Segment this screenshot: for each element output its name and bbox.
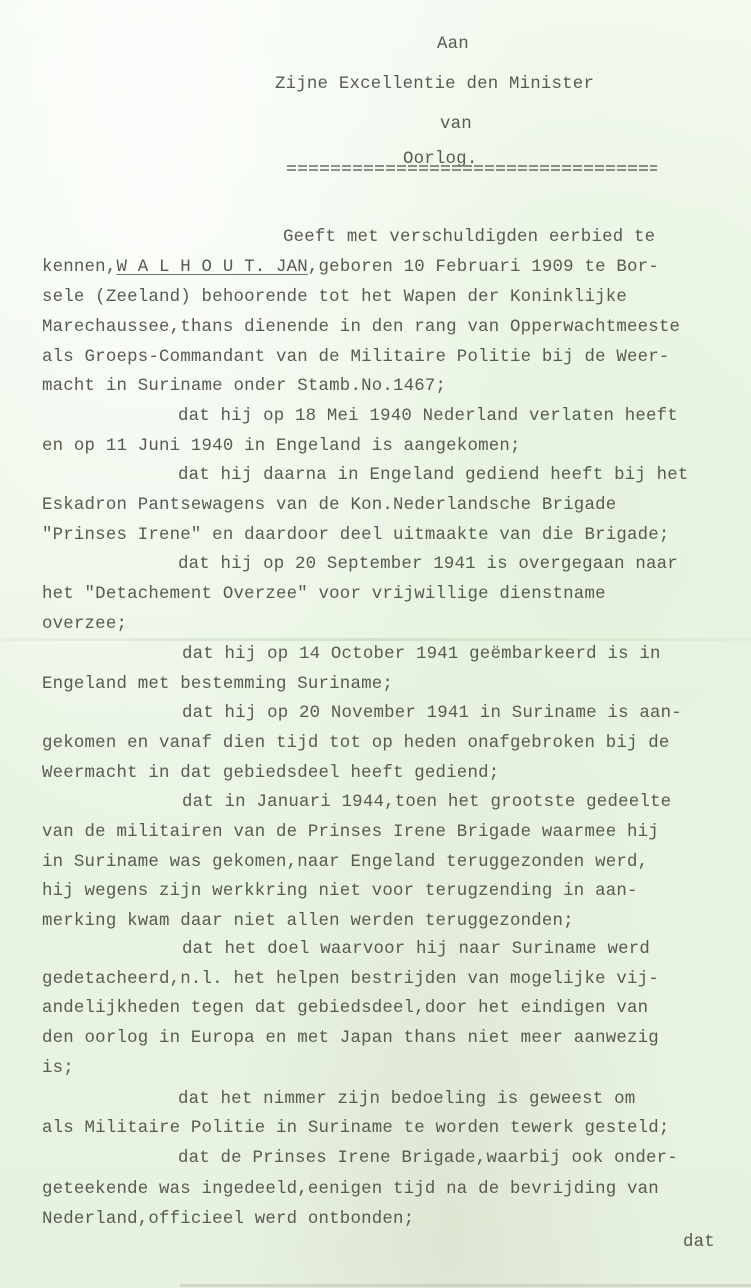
- body-line: het "Detachement Overzee" voor vrijwilli…: [42, 585, 606, 605]
- body-line: andelijkheden tegen dat gebiedsdeel,door…: [42, 999, 648, 1019]
- body-line: Engeland met bestemming Suriname;: [42, 675, 393, 695]
- body-line: in Suriname was gekomen,naar Engeland te…: [42, 853, 648, 873]
- body-line: Marechaussee,thans dienende in den rang …: [42, 318, 680, 338]
- body-line: dat het doel waarvoor hij naar Suriname …: [182, 940, 650, 960]
- body-line: gedetacheerd,n.l. het helpen bestrijden …: [42, 970, 659, 990]
- body-line: geteekende was ingedeeld,eenigen tijd na…: [42, 1180, 659, 1200]
- body-line: dat hij op 18 Mei 1940 Nederland verlate…: [178, 407, 678, 427]
- addressee-title: Zijne Excellentie den Minister: [275, 75, 594, 95]
- body-text: kennen,: [42, 258, 116, 277]
- separator-rule: [287, 165, 657, 172]
- body-line: als Groeps-Commandant van de Militaire P…: [42, 348, 670, 368]
- addressee-van: van: [440, 115, 472, 135]
- body-line: dat de Prinses Irene Brigade,waarbij ook…: [178, 1149, 678, 1169]
- body-line: den oorlog in Europa en met Japan thans …: [42, 1029, 659, 1049]
- body-text: ,geboren 10 Februari 1909 te Bor-: [308, 258, 659, 277]
- body-line: Geeft met verschuldigden eerbied te: [283, 228, 655, 248]
- body-line: dat het nimmer zijn bedoeling is geweest…: [178, 1090, 635, 1110]
- catchword: dat: [683, 1233, 715, 1253]
- body-line: Weermacht in dat gebiedsdeel heeft gedie…: [42, 764, 499, 784]
- body-line: is;: [42, 1059, 74, 1079]
- body-line: Eskadron Pantsewagens van de Kon.Nederla…: [42, 496, 616, 516]
- body-line: dat hij op 14 October 1941 geëmbarkeerd …: [182, 645, 661, 665]
- body-line: merking kwam daar niet allen werden teru…: [42, 912, 574, 932]
- body-line: kennen,W A L H O U T. JAN,geboren 10 Feb…: [42, 258, 659, 278]
- body-line: Nederland,officieel werd ontbonden;: [42, 1210, 414, 1230]
- body-line: "Prinses Irene" en daardoor deel uitmaak…: [42, 526, 670, 546]
- petitioner-name: W A L H O U T. JAN: [116, 258, 307, 277]
- body-line: dat hij daarna in Engeland gediend heeft…: [178, 466, 689, 486]
- body-line: macht in Suriname onder Stamb.No.1467;: [42, 377, 446, 397]
- paper-fold-line: [0, 638, 751, 641]
- body-line: als Militaire Politie in Suriname te wor…: [42, 1119, 670, 1139]
- body-line: dat hij op 20 September 1941 is overgega…: [178, 555, 678, 575]
- body-line: gekomen en vanaf dien tijd tot op heden …: [42, 734, 670, 754]
- paper-edge: [180, 1284, 751, 1287]
- body-line: dat hij op 20 November 1941 in Suriname …: [182, 704, 682, 724]
- body-line: sele (Zeeland) behoorende tot het Wapen …: [42, 288, 627, 308]
- addressee-aan: Aan: [437, 35, 469, 55]
- body-line: hij wegens zijn werkkring niet voor teru…: [42, 882, 638, 902]
- body-line: dat in Januari 1944,toen het grootste ge…: [182, 793, 671, 813]
- body-line: overzee;: [42, 615, 127, 635]
- body-line: en op 11 Juni 1940 in Engeland is aangek…: [42, 437, 521, 457]
- document-page: Aan Zijne Excellentie den Minister van O…: [0, 0, 751, 1288]
- body-line: van de militairen van de Prinses Irene B…: [42, 823, 659, 843]
